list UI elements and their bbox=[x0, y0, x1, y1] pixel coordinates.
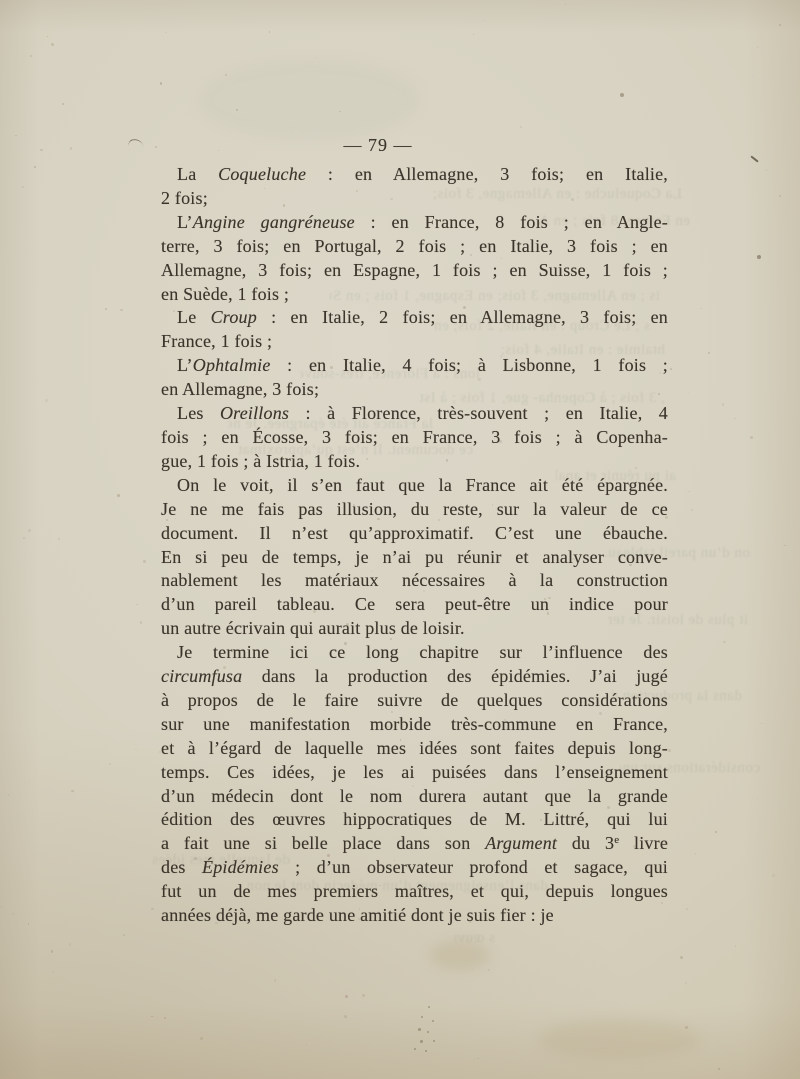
paper-speck bbox=[668, 749, 671, 752]
paper-speck bbox=[151, 908, 154, 911]
paper-speck bbox=[45, 399, 48, 402]
paper-speck bbox=[51, 43, 54, 46]
text-segment: : en Italie, 2 fois; en Allemagne, 3 foi… bbox=[257, 307, 668, 327]
text-segment: gue, 1 fois ; à Istria, 1 fois. bbox=[161, 451, 360, 471]
paper-speck bbox=[306, 1044, 307, 1045]
paragraph: Les Oreillons : à Florence, très-souvent… bbox=[161, 402, 668, 474]
ink-speck bbox=[420, 1040, 423, 1043]
text-segment: e bbox=[614, 834, 619, 846]
paper-speck bbox=[12, 913, 15, 916]
paper-speck bbox=[269, 31, 271, 33]
paper-speck bbox=[52, 971, 54, 973]
paper-speck bbox=[520, 126, 522, 128]
text-line: On le voit, il s’en faut que la France a… bbox=[161, 474, 668, 498]
paper-stain bbox=[540, 1020, 700, 1060]
paper-speck bbox=[225, 74, 227, 76]
text-segment: édition des œuvres hippocratiques de M. … bbox=[161, 809, 668, 829]
text-line: Le Croup : en Italie, 2 fois; en Allemag… bbox=[161, 306, 668, 330]
text-line: en Suède, 1 fois ; bbox=[161, 283, 668, 307]
paper-speck bbox=[69, 943, 72, 946]
paper-speck bbox=[8, 794, 10, 796]
paper-speck bbox=[70, 147, 73, 150]
text-segment: France, 1 fois ; bbox=[161, 331, 272, 351]
text-line: sur une manifestation morbide très-commu… bbox=[161, 713, 668, 737]
paper-speck bbox=[23, 537, 25, 539]
text-line: à propos de le faire suivre de quelques … bbox=[161, 689, 668, 713]
italic-term: Oreillons bbox=[220, 403, 289, 423]
paper-sheen bbox=[200, 60, 420, 140]
paragraph: L’Angine gangréneuse : en France, 8 fois… bbox=[161, 211, 668, 307]
paper-speck bbox=[109, 763, 111, 765]
text-line: L’Angine gangréneuse : en France, 8 fois… bbox=[161, 211, 668, 235]
paper-speck bbox=[715, 831, 717, 833]
paper-speck bbox=[779, 24, 781, 26]
text-segment: d’un médecin dont le nom durera autant q… bbox=[161, 786, 668, 806]
paper-speck bbox=[218, 150, 219, 151]
text-line: fut un de mes premiers maîtres, et qui, … bbox=[161, 880, 668, 904]
paper-speck bbox=[344, 1015, 347, 1018]
text-segment: à propos de le faire suivre de quelques … bbox=[161, 690, 668, 710]
text-segment: terre, 3 fois; en Portugal, 2 fois ; en … bbox=[161, 236, 668, 256]
text-line: années déjà, me garde une amitié dont je… bbox=[161, 904, 668, 928]
paper-speck bbox=[734, 418, 735, 419]
paper-speck bbox=[753, 75, 754, 76]
paragraph: Je termine ici ce long chapitre sur l’in… bbox=[161, 641, 668, 928]
text-segment: en Allemagne, 3 fois; bbox=[161, 379, 319, 399]
text-line: Les Oreillons : à Florence, très-souvent… bbox=[161, 402, 668, 426]
text-segment: : à Florence, très-souvent ; en Italie, … bbox=[289, 403, 668, 423]
paper-speck bbox=[685, 982, 687, 984]
paragraph: On le voit, il s’en faut que la France a… bbox=[161, 474, 668, 641]
text-line: d’un pareil tableau. Ce sera peut-être u… bbox=[161, 593, 668, 617]
italic-term: Ophtalmie bbox=[193, 355, 271, 375]
paper-speck bbox=[772, 874, 775, 877]
italic-term: Épidémies bbox=[202, 857, 279, 877]
text-line: nablement les matériaux nécessaires à la… bbox=[161, 569, 668, 593]
paper-speck bbox=[757, 798, 758, 799]
paper-speck bbox=[58, 538, 60, 540]
paper-speck bbox=[686, 908, 688, 910]
paper-speck bbox=[757, 47, 758, 48]
text-segment: sur une manifestation morbide très-commu… bbox=[161, 714, 668, 734]
paper-speck bbox=[28, 923, 29, 924]
italic-term: circumfusa bbox=[161, 666, 242, 686]
paper-speck bbox=[236, 109, 238, 111]
paper-speck bbox=[143, 560, 145, 562]
text-line: édition des œuvres hippocratiques de M. … bbox=[161, 808, 668, 832]
text-segment: Je termine ici ce long chapitre sur l’in… bbox=[177, 642, 668, 662]
text-line: un autre écrivain qui aurait plus de loi… bbox=[161, 617, 668, 641]
text-segment: La bbox=[177, 164, 218, 184]
paragraph: Le Croup : en Italie, 2 fois; en Allemag… bbox=[161, 306, 668, 354]
text-segment: Allemagne, 3 fois; en Espagne, 1 fois ; … bbox=[161, 260, 668, 280]
ink-speck bbox=[427, 1031, 429, 1033]
paper-speck bbox=[105, 308, 107, 310]
ink-speck bbox=[418, 1028, 421, 1031]
text-segment: et à l’égard de laquelle mes idées sont … bbox=[161, 738, 668, 758]
paper-speck bbox=[28, 564, 29, 565]
paper-speck bbox=[51, 950, 53, 952]
paper-speck bbox=[315, 57, 316, 58]
page-number-header: — 79 — bbox=[344, 135, 413, 156]
text-line: et à l’égard de laquelle mes idées sont … bbox=[161, 737, 668, 761]
paper-speck bbox=[164, 1017, 166, 1019]
text-segment: dans la production des épidémies. J’ai j… bbox=[242, 666, 668, 686]
ink-speck bbox=[414, 1048, 416, 1050]
text-segment: ; d’un observateur profond et sagace, qu… bbox=[279, 857, 668, 877]
paper-speck bbox=[165, 32, 167, 34]
ink-speck bbox=[432, 1020, 434, 1022]
paper-speck bbox=[274, 979, 276, 981]
paper-speck bbox=[688, 392, 689, 393]
ink-speck bbox=[421, 1016, 423, 1018]
text-block: La Coqueluche : en Allemagne, 3 fois; en… bbox=[161, 163, 668, 928]
ink-speck bbox=[425, 1050, 427, 1052]
paper-speck bbox=[136, 604, 137, 605]
paper-speck bbox=[739, 363, 740, 364]
text-segment: temps. Ces idées, je les ai puisées dans… bbox=[161, 762, 668, 782]
text-line: en Allemagne, 3 fois; bbox=[161, 378, 668, 402]
paper-speck bbox=[695, 853, 697, 855]
paper-speck bbox=[62, 103, 63, 104]
paper-speck bbox=[345, 995, 348, 998]
paper-speck bbox=[339, 111, 340, 112]
text-segment: un autre écrivain qui aurait plus de loi… bbox=[161, 618, 465, 638]
text-line: En si peu de temps, je n’ai pu réunir et… bbox=[161, 546, 668, 570]
text-segment: Le bbox=[177, 307, 211, 327]
paper-speck bbox=[151, 1016, 152, 1017]
verso-ghost-text: s œuvres hippocratiques de M. Littré, qu… bbox=[455, 930, 495, 947]
text-segment: livre bbox=[619, 833, 668, 853]
paper-speck bbox=[723, 641, 726, 644]
text-line: document. Il n’est qu’approximatif. C’es… bbox=[161, 522, 668, 546]
paper-speck bbox=[15, 135, 17, 137]
paper-speck bbox=[28, 529, 31, 532]
paper-speck bbox=[708, 352, 710, 354]
paper-speck bbox=[691, 509, 693, 511]
text-line: Allemagne, 3 fois; en Espagne, 1 fois ; … bbox=[161, 259, 668, 283]
paper-speck bbox=[735, 945, 737, 947]
paper-speck bbox=[565, 4, 566, 5]
italic-term: Argument bbox=[485, 833, 557, 853]
paper-speck bbox=[200, 1037, 203, 1040]
text-line: Je termine ici ce long chapitre sur l’in… bbox=[161, 641, 668, 665]
text-line: fois ; en Écosse, 3 fois; en France, 3 f… bbox=[161, 426, 668, 450]
paper-speck bbox=[784, 545, 786, 547]
text-segment: L’ bbox=[177, 355, 193, 375]
ink-speck bbox=[620, 93, 624, 97]
paper-speck bbox=[60, 711, 62, 713]
text-line: Je ne me fais pas illusion, du reste, su… bbox=[161, 498, 668, 522]
paper-speck bbox=[117, 494, 120, 497]
paper-speck bbox=[680, 956, 683, 959]
paper-speck bbox=[155, 146, 157, 148]
text-line: a fait une si belle place dans son Argum… bbox=[161, 832, 668, 856]
text-segment: d’un pareil tableau. Ce sera peut-être u… bbox=[161, 594, 668, 614]
text-segment: : en Italie, 4 fois; à Lisbonne, 1 fois … bbox=[271, 355, 668, 375]
italic-term: Croup bbox=[211, 307, 257, 327]
text-line: L’Ophtalmie : en Italie, 4 fois; à Lisbo… bbox=[161, 354, 668, 378]
scanned-page: La Coqueluche : en Allemagne, 3 fois; en… bbox=[0, 0, 800, 1079]
paper-speck bbox=[140, 621, 143, 624]
paper-speck bbox=[685, 1026, 688, 1029]
text-line: circumfusa dans la production des épidém… bbox=[161, 665, 668, 689]
text-line: gue, 1 fois ; à Istria, 1 fois. bbox=[161, 450, 668, 474]
text-segment: années déjà, me garde une amitié dont je… bbox=[161, 905, 554, 925]
paper-speck bbox=[123, 934, 125, 936]
paper-speck bbox=[34, 166, 36, 168]
paper-speck bbox=[473, 969, 475, 971]
ink-speck bbox=[428, 1006, 430, 1008]
paper-speck bbox=[484, 20, 485, 21]
paper-speck bbox=[761, 723, 762, 724]
pen-mark bbox=[127, 138, 143, 149]
text-segment: : en Allemagne, 3 fois; en Italie, bbox=[306, 164, 668, 184]
paper-speck bbox=[362, 994, 365, 997]
text-segment: L’ bbox=[177, 212, 193, 232]
paper-speck bbox=[120, 309, 122, 311]
paper-speck bbox=[750, 436, 753, 439]
paper-speck bbox=[779, 195, 780, 196]
text-line: des Épidémies ; d’un observateur profond… bbox=[161, 856, 668, 880]
ink-speck bbox=[750, 155, 758, 162]
ink-speck bbox=[757, 255, 761, 259]
paper-speck bbox=[700, 308, 701, 309]
paper-speck bbox=[135, 749, 136, 750]
italic-term: Angine gangréneuse bbox=[193, 212, 355, 232]
text-segment: en Suède, 1 fois ; bbox=[161, 284, 289, 304]
ink-speck bbox=[433, 1040, 435, 1042]
paper-speck bbox=[718, 1068, 720, 1070]
text-segment: nablement les matériaux nécessaires à la… bbox=[161, 570, 668, 590]
text-segment: fois ; en Écosse, 3 fois; en France, 3 f… bbox=[161, 427, 668, 447]
paper-speck bbox=[71, 790, 74, 793]
text-segment: Je ne me fais pas illusion, du reste, su… bbox=[161, 499, 668, 519]
paper-speck bbox=[230, 1041, 231, 1042]
paper-speck bbox=[670, 368, 672, 370]
paper-speck bbox=[47, 36, 48, 37]
text-line: temps. Ces idées, je les ai puisées dans… bbox=[161, 761, 668, 785]
paper-speck bbox=[473, 34, 474, 35]
paper-speck bbox=[766, 170, 767, 171]
text-segment: 2 fois; bbox=[161, 188, 208, 208]
text-line: 2 fois; bbox=[161, 187, 668, 211]
paper-stain bbox=[430, 940, 490, 970]
text-segment: du 3 bbox=[557, 833, 614, 853]
paper-speck bbox=[160, 82, 163, 85]
text-segment: des bbox=[161, 857, 202, 877]
paper-speck bbox=[1, 906, 2, 907]
text-segment: a fait une si belle place dans son bbox=[161, 833, 485, 853]
paragraph: La Coqueluche : en Allemagne, 3 fois; en… bbox=[161, 163, 668, 211]
text-line: d’un médecin dont le nom durera autant q… bbox=[161, 785, 668, 809]
paper-speck bbox=[40, 149, 42, 151]
text-segment: On le voit, il s’en faut que la France a… bbox=[177, 475, 668, 495]
italic-term: Coqueluche bbox=[218, 164, 306, 184]
paper-speck bbox=[477, 1058, 479, 1060]
text-segment: : en France, 8 fois ; en Angle- bbox=[355, 212, 668, 232]
paper-speck bbox=[488, 969, 490, 971]
text-segment: fut un de mes premiers maîtres, et qui, … bbox=[161, 881, 668, 901]
text-segment: document. Il n’est qu’approximatif. C’es… bbox=[161, 523, 668, 543]
text-line: La Coqueluche : en Allemagne, 3 fois; en… bbox=[161, 163, 668, 187]
paper-speck bbox=[22, 186, 24, 188]
paper-speck bbox=[30, 55, 32, 57]
paper-speck bbox=[688, 491, 690, 493]
text-segment: En si peu de temps, je n’ai pu réunir et… bbox=[161, 547, 668, 567]
paragraph: L’Ophtalmie : en Italie, 4 fois; à Lisbo… bbox=[161, 354, 668, 402]
text-segment: Les bbox=[177, 403, 220, 423]
text-line: terre, 3 fois; en Portugal, 2 fois ; en … bbox=[161, 235, 668, 259]
text-line: France, 1 fois ; bbox=[161, 330, 668, 354]
paper-speck bbox=[722, 403, 724, 405]
